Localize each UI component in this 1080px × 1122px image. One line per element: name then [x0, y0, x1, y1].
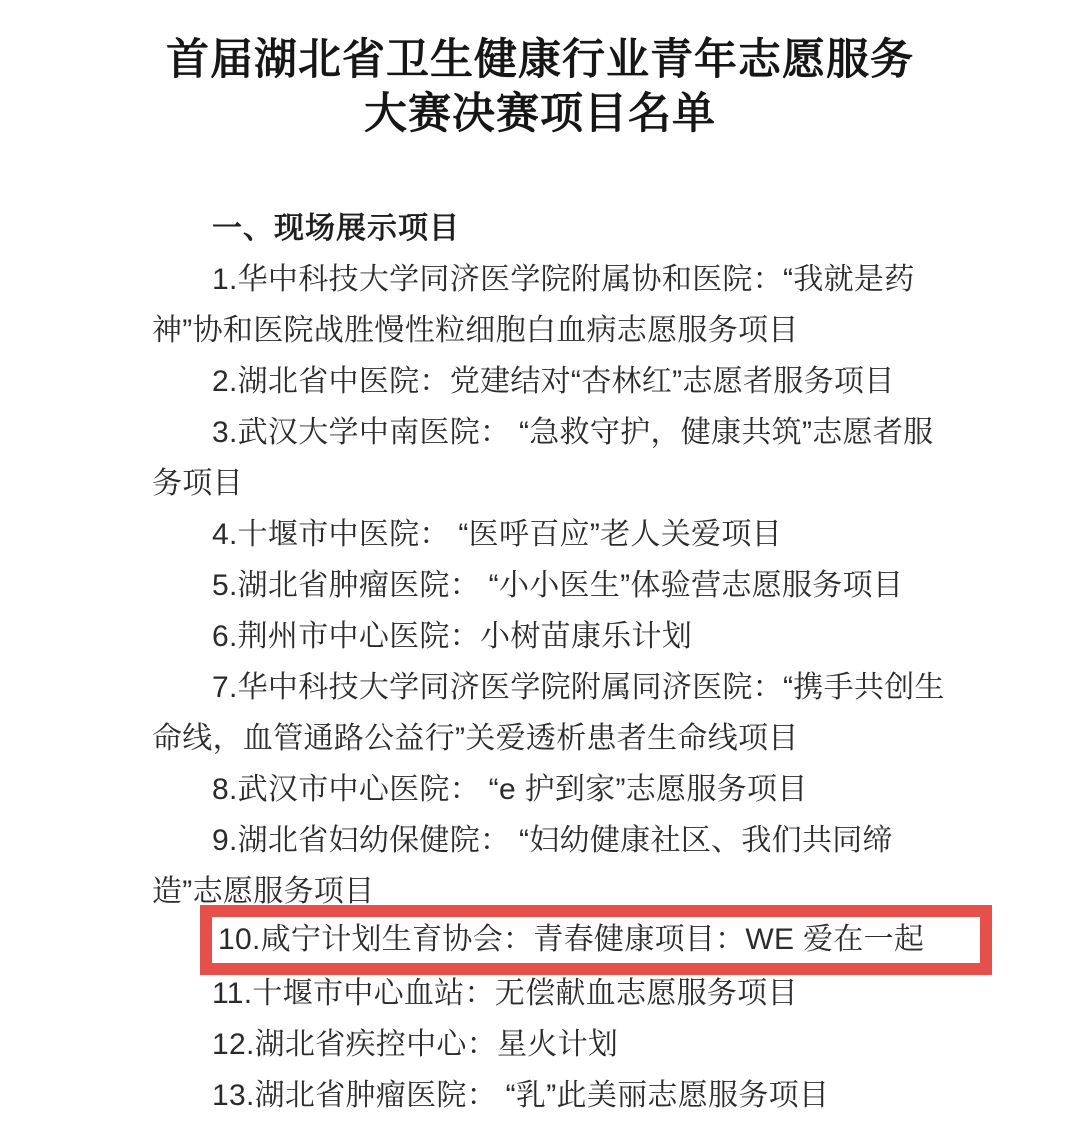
- document-title-line2: 大赛决赛项目名单: [0, 88, 1080, 142]
- list-item: 11.十堰市中心血站：无偿献血志愿服务项目: [152, 968, 947, 1019]
- list-item: 5.湖北省肿瘤医院： “小小医生”体验营志愿服务项目: [152, 560, 947, 611]
- section-heading: 一、现场展示项目: [152, 203, 947, 254]
- list-item: 9.湖北省妇幼保健院： “妇幼健康社区、我们共同缔造”志愿服务项目: [152, 815, 947, 917]
- list-item: 2.湖北省中医院：党建结对“杏林红”志愿者服务项目: [152, 356, 947, 407]
- list-item: 4.十堰市中医院： “医呼百应”老人关爱项目: [152, 509, 947, 560]
- document-body: 一、现场展示项目 1.华中科技大学同济医学院附属协和医院：“我就是药神”协和医院…: [152, 203, 947, 1121]
- list-item: 6.荆州市中心医院：小树苗康乐计划: [152, 611, 947, 662]
- list-item: 1.华中科技大学同济医学院附属协和医院：“我就是药神”协和医院战胜慢性粒细胞白血…: [152, 254, 947, 356]
- document-page: 首届湖北省卫生健康行业青年志愿服务 大赛决赛项目名单 一、现场展示项目 1.华中…: [0, 0, 1080, 1122]
- document-title: 首届湖北省卫生健康行业青年志愿服务 大赛决赛项目名单: [0, 34, 1080, 142]
- list-item: 12.湖北省疾控中心：星火计划: [152, 1019, 947, 1070]
- list-item: 3.武汉大学中南医院： “急救守护，健康共筑”志愿者服务项目: [152, 407, 947, 509]
- list-item: 13.湖北省肿瘤医院： “乳”此美丽志愿服务项目: [152, 1070, 947, 1121]
- list-item: 8.武汉市中心医院： “e 护到家”志愿服务项目: [152, 764, 947, 815]
- list-item: 7.华中科技大学同济医学院附属同济医院：“携手共创生命线，血管通路公益行”关爱透…: [152, 662, 947, 764]
- document-title-line1: 首届湖北省卫生健康行业青年志愿服务: [0, 34, 1080, 88]
- project-list: 1.华中科技大学同济医学院附属协和医院：“我就是药神”协和医院战胜慢性粒细胞白血…: [152, 254, 947, 1121]
